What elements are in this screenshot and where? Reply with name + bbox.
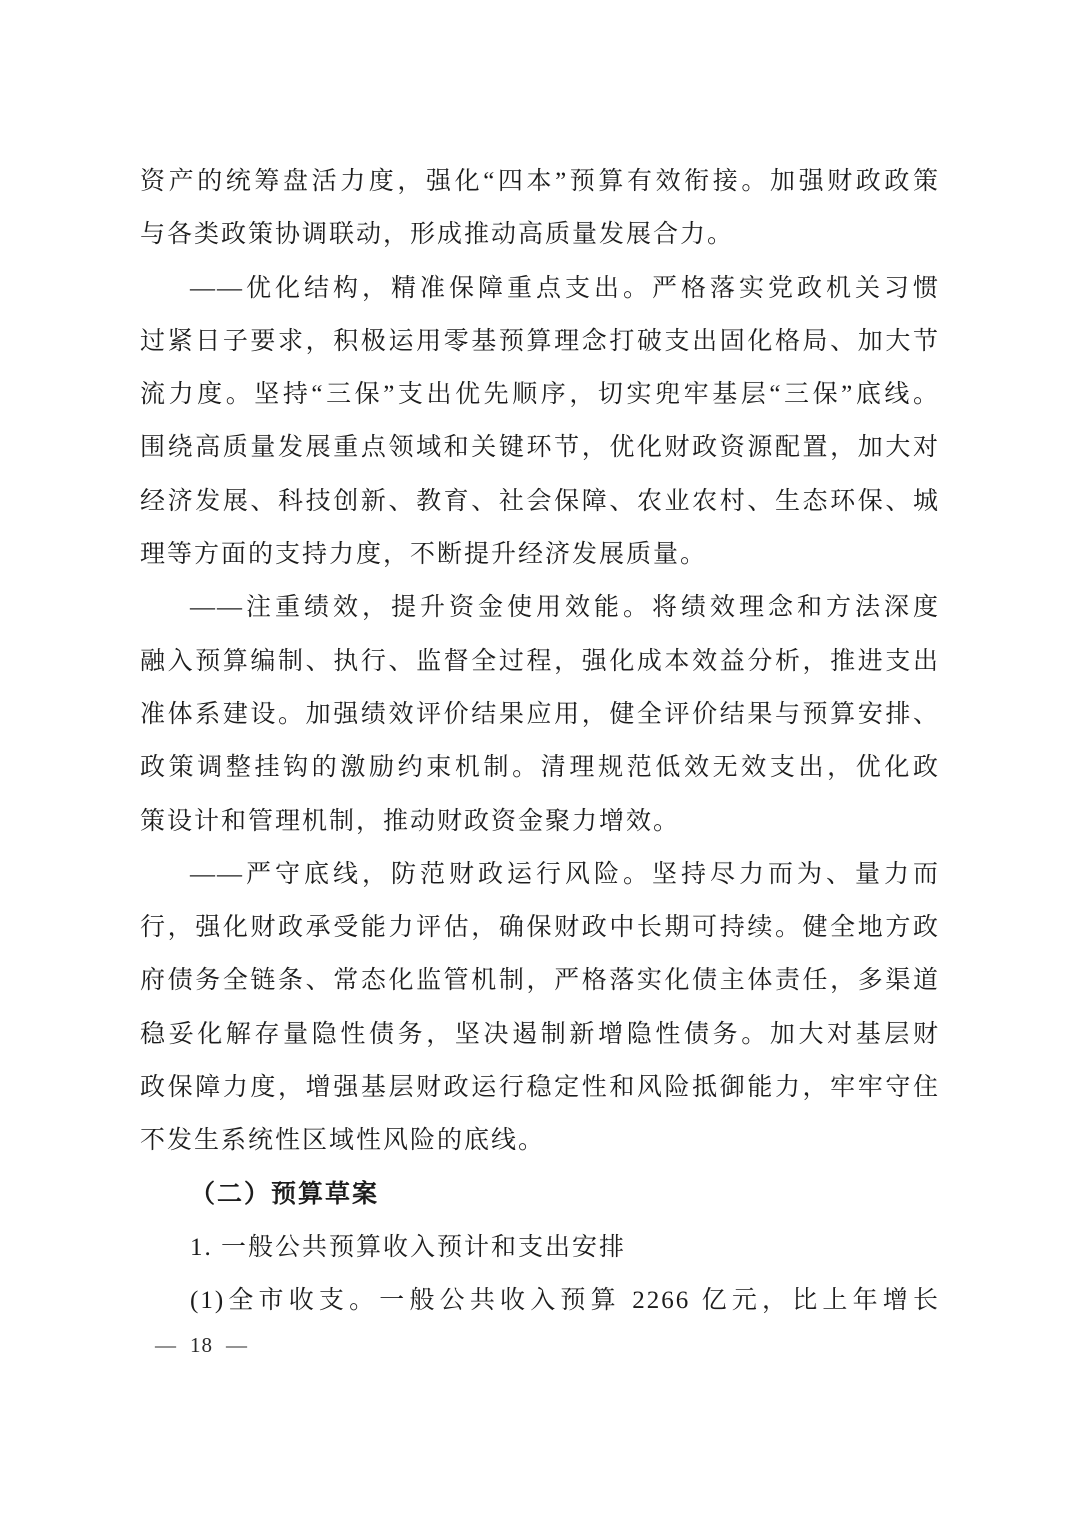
para-optimize-structure: ——优化结构，精准保障重点支出。严格落实党政机关习惯过紧日子要求，积极运用零基预… (140, 262, 940, 582)
text-line: 过紧日子要求，积极运用零基预算理念打破支出固化格局、加大节 (140, 315, 940, 368)
text-line: （二）预算草案 (140, 1168, 940, 1221)
text-line: 政策调整挂钩的激励约束机制。清理规范低效无效支出，优化政 (140, 741, 940, 794)
text-line: 行，强化财政承受能力评估，确保财政中长期可持续。健全地方政 (140, 901, 940, 954)
text-line: 经济发展、科技创新、教育、社会保障、农业农村、生态环保、城市管 (140, 475, 940, 528)
text-line: 围绕高质量发展重点领域和关键环节，优化财政资源配置，加大对 (140, 421, 940, 474)
text-line: 府债务全链条、常态化监管机制，严格落实化债主体责任，多渠道 (140, 954, 940, 1007)
para-citywide-budget: (1)全市收支。一般公共收入预算 2266 亿元，比上年增长 (140, 1274, 940, 1327)
text-line: 流力度。坚持“三保”支出优先顺序，切实兜牢基层“三保”底线。 (140, 368, 940, 421)
page-number: 18 (190, 1333, 213, 1358)
para-performance: ——注重绩效，提升资金使用效能。将绩效理念和方法深度融入预算编制、执行、监督全过… (140, 581, 940, 847)
text-line: 1. 一般公共预算收入预计和支出安排 (140, 1221, 940, 1274)
document-body: 资产的统筹盘活力度，强化“四本”预算有效衔接。加强财政政策与各类政策协调联动，形… (140, 155, 940, 1328)
para-overall-continued: 资产的统筹盘活力度，强化“四本”预算有效衔接。加强财政政策与各类政策协调联动，形… (140, 155, 940, 262)
para-risk-prevention: ——严守底线，防范财政运行风险。坚持尽力而为、量力而行，强化财政承受能力评估，确… (140, 848, 940, 1168)
text-line: ——注重绩效，提升资金使用效能。将绩效理念和方法深度 (140, 581, 940, 634)
text-line: 策设计和管理机制，推动财政资金聚力增效。 (140, 795, 940, 848)
heading-budget-draft: （二）预算草案 (140, 1168, 940, 1221)
text-line: 与各类政策协调联动，形成推动高质量发展合力。 (140, 208, 940, 261)
text-line: (1)全市收支。一般公共收入预算 2266 亿元，比上年增长 (140, 1274, 940, 1327)
document-page: 资产的统筹盘活力度，强化“四本”预算有效衔接。加强财政政策与各类政策协调联动，形… (0, 0, 1074, 1520)
text-line: 稳妥化解存量隐性债务，坚决遏制新增隐性债务。加大对基层财 (140, 1008, 940, 1061)
footer-dash-right: — (226, 1333, 248, 1358)
text-line: 准体系建设。加强绩效评价结果应用，健全评价结果与预算安排、 (140, 688, 940, 741)
text-line: ——严守底线，防范财政运行风险。坚持尽力而为、量力而 (140, 848, 940, 901)
text-line: 不发生系统性区域性风险的底线。 (140, 1114, 940, 1167)
page-footer: — 18 — (155, 1333, 248, 1358)
para-item-1-title: 1. 一般公共预算收入预计和支出安排 (140, 1221, 940, 1274)
footer-dash-left: — (155, 1333, 177, 1358)
text-line: 政保障力度，增强基层财政运行稳定性和风险抵御能力，牢牢守住 (140, 1061, 940, 1114)
text-line: 融入预算编制、执行、监督全过程，强化成本效益分析，推进支出标 (140, 635, 940, 688)
text-line: 资产的统筹盘活力度，强化“四本”预算有效衔接。加强财政政策 (140, 155, 940, 208)
text-line: ——优化结构，精准保障重点支出。严格落实党政机关习惯 (140, 262, 940, 315)
text-line: 理等方面的支持力度，不断提升经济发展质量。 (140, 528, 940, 581)
